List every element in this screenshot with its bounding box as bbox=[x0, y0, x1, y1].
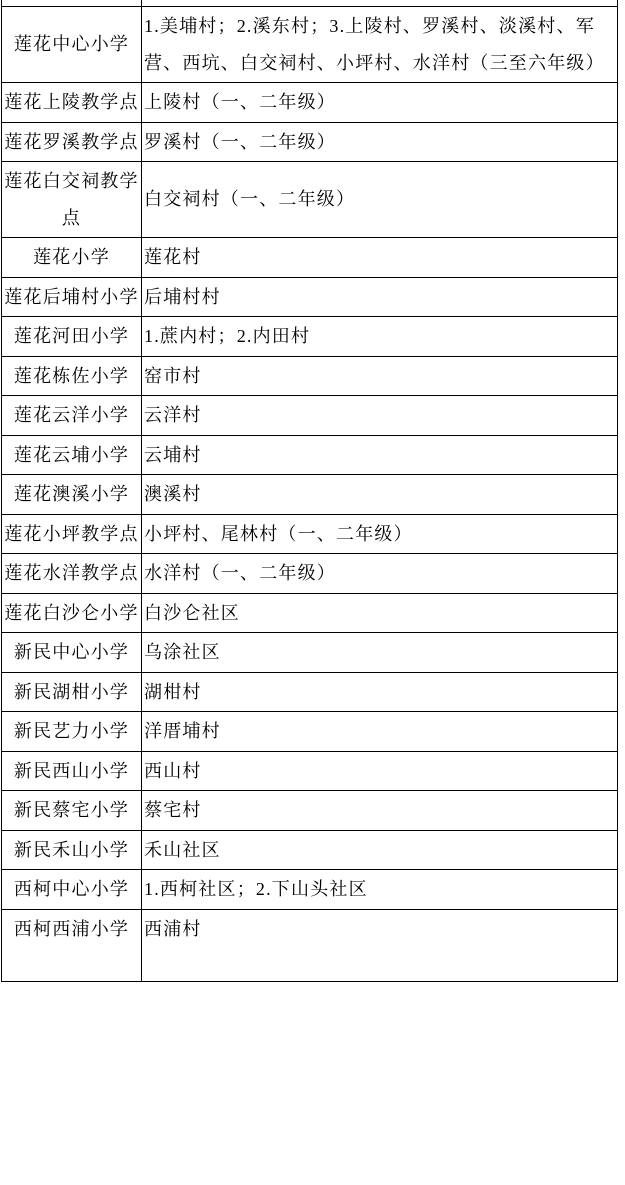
catchment-villages-cell: 1.蔗内村；2.内田村 bbox=[142, 317, 618, 357]
catchment-villages-cell: 云埔村 bbox=[142, 435, 618, 475]
school-name-cell: 新民中心小学 bbox=[2, 633, 142, 673]
catchment-villages-cell: 莲花村 bbox=[142, 238, 618, 278]
table-row: 莲花后埔村小学后埔村村 bbox=[2, 277, 618, 317]
table-row: 新民中心小学乌涂社区 bbox=[2, 633, 618, 673]
catchment-villages-cell: 小坪村、尾林村（一、二年级） bbox=[142, 514, 618, 554]
school-name-cell: 西柯中心小学 bbox=[2, 870, 142, 910]
catchment-villages-cell: 云洋村 bbox=[142, 396, 618, 436]
school-name-cell: 新民禾山小学 bbox=[2, 830, 142, 870]
catchment-villages-cell: 西浦村 bbox=[142, 909, 618, 982]
school-name-cell: 新民蔡宅小学 bbox=[2, 791, 142, 831]
table-row: 莲花白交祠教学点白交祠村（一、二年级） bbox=[2, 162, 618, 238]
table-row: 莲花上陵教学点上陵村（一、二年级） bbox=[2, 83, 618, 123]
table-row: 莲花中心小学1.美埔村；2.溪东村；3.上陵村、罗溪村、淡溪村、军营、西坑、白交… bbox=[2, 7, 618, 83]
catchment-villages-cell: 窑市村 bbox=[142, 356, 618, 396]
table-row: 新民蔡宅小学蔡宅村 bbox=[2, 791, 618, 831]
school-name-cell: 西柯西浦小学 bbox=[2, 909, 142, 982]
catchment-villages-cell: 澳溪村 bbox=[142, 475, 618, 515]
table-row: 莲花云埔小学云埔村 bbox=[2, 435, 618, 475]
school-name-cell: 莲花上陵教学点 bbox=[2, 83, 142, 123]
school-name-cell: 莲花小坪教学点 bbox=[2, 514, 142, 554]
table-row: 莲花澳溪小学澳溪村 bbox=[2, 475, 618, 515]
catchment-villages-cell: 白交祠村（一、二年级） bbox=[142, 162, 618, 238]
school-name-cell: 莲花中心小学 bbox=[2, 7, 142, 83]
table-row: 莲花云洋小学云洋村 bbox=[2, 396, 618, 436]
school-name-cell: 莲花小学 bbox=[2, 238, 142, 278]
catchment-villages-cell: 禾山社区 bbox=[142, 830, 618, 870]
catchment-villages-cell: 罗溪村（一、二年级） bbox=[142, 122, 618, 162]
school-name-cell: 新民艺力小学 bbox=[2, 712, 142, 752]
catchment-villages-cell: 洋厝埔村 bbox=[142, 712, 618, 752]
table-body: 莲花中心小学1.美埔村；2.溪东村；3.上陵村、罗溪村、淡溪村、军营、西坑、白交… bbox=[2, 0, 618, 982]
table-row: 莲花水洋教学点水洋村（一、二年级） bbox=[2, 554, 618, 594]
catchment-villages-cell: 1.美埔村；2.溪东村；3.上陵村、罗溪村、淡溪村、军营、西坑、白交祠村、小坪村… bbox=[142, 7, 618, 83]
table-row: 西柯西浦小学西浦村 bbox=[2, 909, 618, 982]
catchment-villages-cell: 蔡宅村 bbox=[142, 791, 618, 831]
catchment-villages-cell: 白沙仑社区 bbox=[142, 593, 618, 633]
school-name-cell: 莲花罗溪教学点 bbox=[2, 122, 142, 162]
table-row: 莲花小学莲花村 bbox=[2, 238, 618, 278]
school-name-cell: 新民西山小学 bbox=[2, 751, 142, 791]
table-row: 莲花河田小学1.蔗内村；2.内田村 bbox=[2, 317, 618, 357]
table-row: 新民西山小学西山村 bbox=[2, 751, 618, 791]
catchment-villages-cell: 湖柑村 bbox=[142, 672, 618, 712]
catchment-villages-cell: 上陵村（一、二年级） bbox=[142, 83, 618, 123]
table-row: 莲花小坪教学点小坪村、尾林村（一、二年级） bbox=[2, 514, 618, 554]
table-row: 新民艺力小学洋厝埔村 bbox=[2, 712, 618, 752]
school-name-cell: 莲花白交祠教学点 bbox=[2, 162, 142, 238]
school-name-cell: 莲花后埔村小学 bbox=[2, 277, 142, 317]
school-name-cell: 莲花水洋教学点 bbox=[2, 554, 142, 594]
catchment-villages-cell: 西山村 bbox=[142, 751, 618, 791]
table-row: 莲花罗溪教学点罗溪村（一、二年级） bbox=[2, 122, 618, 162]
table-row: 莲花白沙仑小学白沙仑社区 bbox=[2, 593, 618, 633]
catchment-villages-cell: 后埔村村 bbox=[142, 277, 618, 317]
table-row: 西柯中心小学1.西柯社区；2.下山头社区 bbox=[2, 870, 618, 910]
school-name-cell: 莲花云埔小学 bbox=[2, 435, 142, 475]
school-name-cell: 莲花栋佐小学 bbox=[2, 356, 142, 396]
catchment-villages-cell: 水洋村（一、二年级） bbox=[142, 554, 618, 594]
school-catchment-table: 莲花中心小学1.美埔村；2.溪东村；3.上陵村、罗溪村、淡溪村、军营、西坑、白交… bbox=[1, 0, 618, 982]
table-row: 莲花栋佐小学窑市村 bbox=[2, 356, 618, 396]
catchment-villages-cell: 乌涂社区 bbox=[142, 633, 618, 673]
school-name-cell: 新民湖柑小学 bbox=[2, 672, 142, 712]
catchment-villages-cell: 1.西柯社区；2.下山头社区 bbox=[142, 870, 618, 910]
table-row: 新民湖柑小学湖柑村 bbox=[2, 672, 618, 712]
school-name-cell: 莲花河田小学 bbox=[2, 317, 142, 357]
page: 莲花中心小学1.美埔村；2.溪东村；3.上陵村、罗溪村、淡溪村、军营、西坑、白交… bbox=[0, 0, 625, 1185]
school-name-cell: 莲花云洋小学 bbox=[2, 396, 142, 436]
school-name-cell: 莲花白沙仑小学 bbox=[2, 593, 142, 633]
table-row: 新民禾山小学禾山社区 bbox=[2, 830, 618, 870]
school-name-cell: 莲花澳溪小学 bbox=[2, 475, 142, 515]
